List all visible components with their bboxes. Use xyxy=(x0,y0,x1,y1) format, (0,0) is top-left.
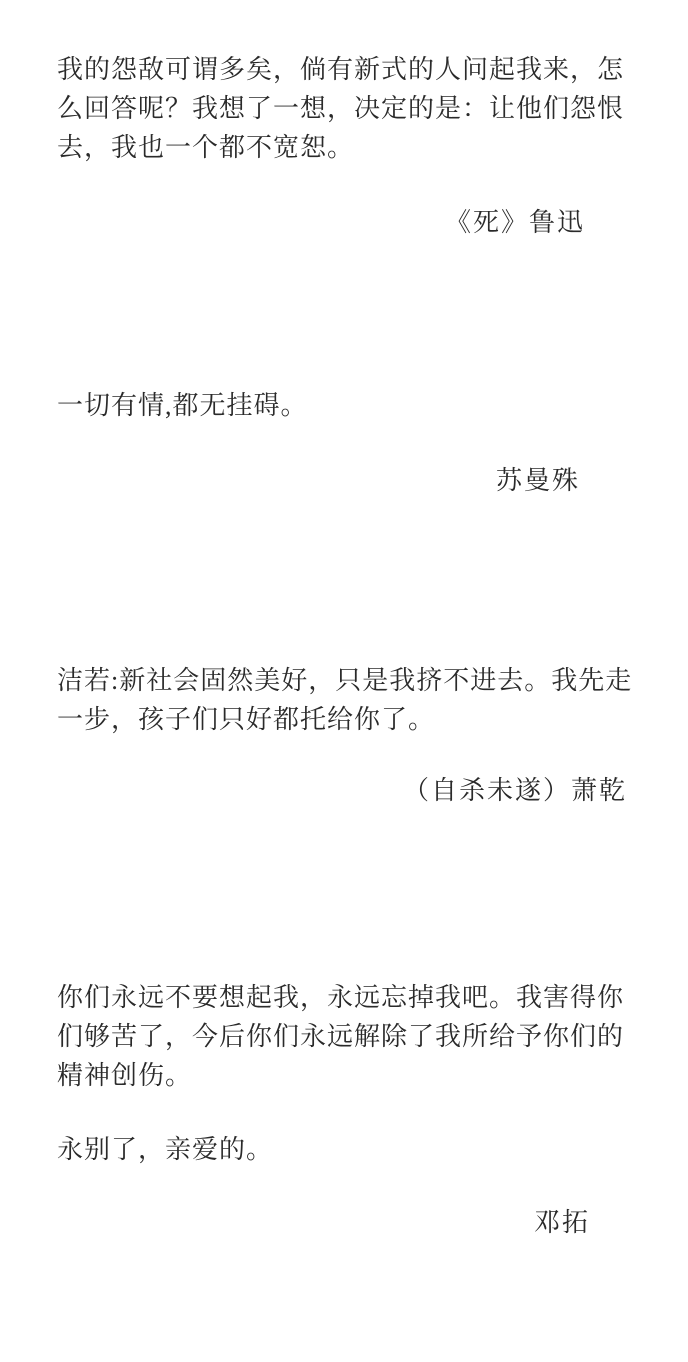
quote-line: 去，我也一个都不宽恕。 xyxy=(57,128,648,167)
quote-line: 一切有情,都无挂碍。 xyxy=(57,386,648,425)
quote-attribution: 《死》鲁迅 xyxy=(0,203,688,242)
quote-block-luxun: 我的怨敌可谓多矣，倘有新式的人问起我来，怎 么回答呢？我想了一想，决定的是：让他… xyxy=(0,50,688,242)
quote-paragraph: 我的怨敌可谓多矣，倘有新式的人问起我来，怎 么回答呢？我想了一想，决定的是：让他… xyxy=(0,50,688,167)
quote-block-dengtuo: 你们永远不要想起我，永远忘掉我吧。我害得你 们够苦了，今后你们永远解除了我所给予… xyxy=(0,978,688,1242)
quote-line: 么回答呢？我想了一想，决定的是：让他们怨恨 xyxy=(57,89,648,128)
quote-line: 精神创伤。 xyxy=(57,1056,648,1095)
quote-block-xiaoqian: 洁若:新社会固然美好，只是我挤不进去。我先走 一步，孩子们只好都托给你了。 （自… xyxy=(0,661,688,810)
document-page: 我的怨敌可谓多矣，倘有新式的人问起我来，怎 么回答呢？我想了一想，决定的是：让他… xyxy=(0,0,688,1362)
quote-paragraph: 你们永远不要想起我，永远忘掉我吧。我害得你 们够苦了，今后你们永远解除了我所给予… xyxy=(0,978,688,1095)
quote-paragraph: 洁若:新社会固然美好，只是我挤不进去。我先走 一步，孩子们只好都托给你了。 xyxy=(0,661,688,739)
quote-attribution: 邓拓 xyxy=(0,1203,688,1242)
quote-attribution: （自杀未遂）萧乾 xyxy=(0,771,688,810)
quote-line: 我的怨敌可谓多矣，倘有新式的人问起我来，怎 xyxy=(57,50,648,89)
quote-line: 们够苦了，今后你们永远解除了我所给予你们的 xyxy=(57,1017,648,1056)
quote-attribution: 苏曼殊 xyxy=(0,461,688,500)
quote-paragraph: 一切有情,都无挂碍。 xyxy=(0,386,688,425)
quote-line: 你们永远不要想起我，永远忘掉我吧。我害得你 xyxy=(57,978,648,1017)
quote-line: 永别了，亲爱的。 xyxy=(57,1130,648,1169)
quote-line: 一步，孩子们只好都托给你了。 xyxy=(57,700,648,739)
quote-paragraph: 永别了，亲爱的。 xyxy=(0,1130,688,1169)
quote-line: 洁若:新社会固然美好，只是我挤不进去。我先走 xyxy=(57,661,648,700)
quote-block-sumanshu: 一切有情,都无挂碍。 苏曼殊 xyxy=(0,386,688,500)
